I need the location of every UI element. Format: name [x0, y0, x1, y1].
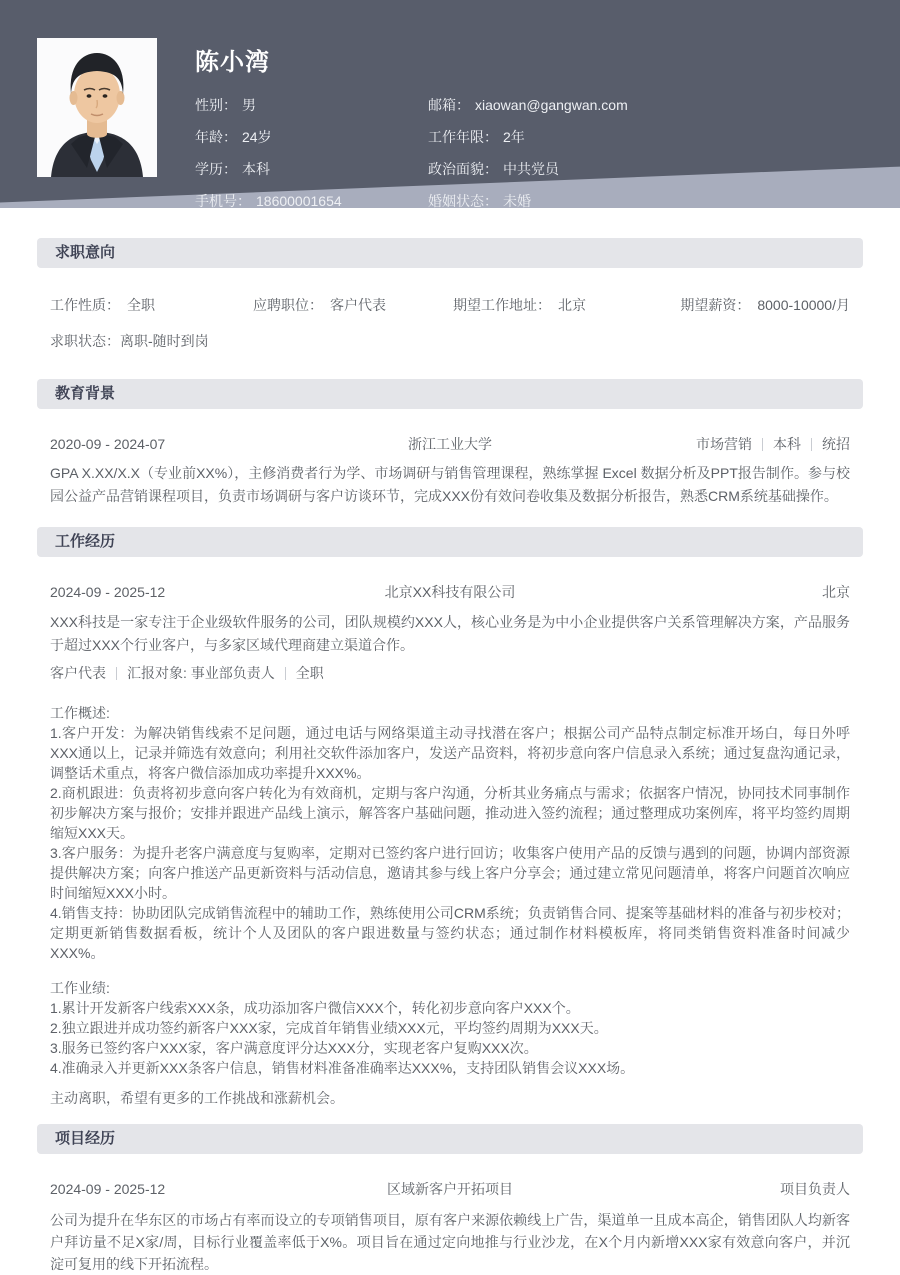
divider [116, 667, 117, 680]
field-value: 全职 [127, 297, 155, 313]
work-achievements-heading: 工作业绩: [50, 978, 850, 998]
resume-body: 求职意向 工作性质：全职 应聘职位：客户代表 期望工作地址：北京 期望薪资：80… [0, 238, 900, 1275]
resume-header: 陈小湾 性别：男 年龄：24岁 学历：本科 手机号：18600001654 邮箱… [0, 0, 900, 208]
candidate-name: 陈小湾 [195, 42, 860, 77]
intent-job-type: 工作性质：全职 [50, 295, 253, 315]
project-entry-header: 2024-09 - 2025-12 区域新客户开拓项目 项目负责人 [50, 1179, 850, 1199]
intent-position: 应聘职位：客户代表 [253, 295, 453, 315]
field-label: 应聘职位： [253, 297, 323, 313]
field-value: 离职-随时到岗 [120, 333, 209, 349]
section-project-experience: 项目经历 2024-09 - 2025-12 区域新客户开拓项目 项目负责人 公… [37, 1124, 863, 1275]
field-value: 男 [242, 97, 256, 113]
work-achievement-item: 3.服务已签约客户XXX家，客户满意度评分达XXX分，实现老客户复购XXX次。 [50, 1038, 850, 1058]
work-overview-item: 1.客户开发：为解决销售线索不足问题，通过电话与网络渠道主动寻找潜在客户；根据公… [50, 723, 850, 783]
education-period: 2020-09 - 2024-07 [50, 436, 270, 452]
field-label: 工作年限： [428, 129, 498, 145]
field-political-status: 政治面貌：中共党员 [428, 159, 628, 179]
field-value: 客户代表 [330, 297, 386, 313]
project-name: 区域新客户开拓项目 [270, 1179, 630, 1199]
education-major: 市场营销 [696, 434, 752, 454]
leaving-reason: 主动离职，希望有更多的工作挑战和涨薪机会。 [50, 1088, 850, 1108]
work-achievement-item: 1.累计开发新客户线索XXX条，成功添加客户微信XXX个，转化初步意向客户XXX… [50, 998, 850, 1018]
field-label: 求职状态： [50, 333, 120, 349]
field-value: 北京 [558, 297, 586, 313]
field-label: 邮箱： [428, 97, 470, 113]
project-role: 项目负责人 [630, 1179, 850, 1199]
education-enrollment-type: 统招 [822, 434, 850, 454]
field-value: 中共党员 [503, 161, 559, 177]
field-phone: 手机号：18600001654 [195, 191, 428, 211]
section-title-job-intent: 求职意向 [37, 238, 863, 268]
divider [762, 438, 763, 451]
work-period: 2024-09 - 2025-12 [50, 584, 270, 600]
header-info-right-column: 邮箱：xiaowan@gangwan.com 工作年限：2年 政治面貌：中共党员… [428, 95, 628, 211]
work-achievement-item: 2.独立跟进并成功签约新客户XXX家，完成首年销售业绩XXX元，平均签约周期为X… [50, 1018, 850, 1038]
section-title-project: 项目经历 [37, 1124, 863, 1154]
field-label: 手机号： [195, 193, 251, 209]
field-label: 工作性质： [50, 297, 120, 313]
field-label: 婚姻状态： [428, 193, 498, 209]
portrait-illustration [37, 38, 157, 177]
work-entry-header: 2024-09 - 2025-12 北京XX科技有限公司 北京 [50, 582, 850, 602]
education-degree: 本科 [773, 434, 801, 454]
field-value: xiaowan@gangwan.com [475, 97, 628, 113]
header-info-left-column: 性别：男 年龄：24岁 学历：本科 手机号：18600001654 [195, 95, 428, 211]
field-degree: 学历：本科 [195, 159, 428, 179]
work-meta-row: 客户代表汇报对象: 事业部负责人全职 [50, 663, 850, 683]
field-marital-status: 婚姻状态：未婚 [428, 191, 628, 211]
field-gender: 性别：男 [195, 95, 428, 115]
field-value: 24岁 [242, 129, 272, 145]
work-achievement-item: 4.准确录入并更新XXX条客户信息，销售材料准备准确率达XXX%，支持团队销售会… [50, 1058, 850, 1078]
section-title-work: 工作经历 [37, 527, 863, 557]
work-overview-item: 2.商机跟进：负责将初步意向客户转化为有效商机，定期与客户沟通，分析其业务痛点与… [50, 783, 850, 843]
field-label: 政治面貌： [428, 161, 498, 177]
field-age: 年龄：24岁 [195, 127, 428, 147]
work-overview-heading: 工作概述: [50, 703, 850, 723]
work-job-title: 客户代表 [50, 663, 106, 683]
field-value: 2年 [503, 129, 525, 145]
divider [811, 438, 812, 451]
section-job-intent: 求职意向 工作性质：全职 应聘职位：客户代表 期望工作地址：北京 期望薪资：80… [37, 238, 863, 351]
intent-location: 期望工作地址：北京 [453, 295, 680, 315]
intent-salary: 期望薪资：8000-10000/月 [680, 295, 850, 315]
resume-page: 陈小湾 性别：男 年龄：24岁 学历：本科 手机号：18600001654 邮箱… [0, 0, 900, 1275]
job-intent-row-1: 工作性质：全职 应聘职位：客户代表 期望工作地址：北京 期望薪资：8000-10… [50, 295, 850, 315]
education-entry-header: 2020-09 - 2024-07 浙江工业大学 市场营销本科统招 [50, 434, 850, 454]
education-school: 浙江工业大学 [270, 434, 630, 454]
work-achievements-block: 工作业绩: 1.累计开发新客户线索XXX条，成功添加客户微信XXX个，转化初步意… [50, 978, 850, 1078]
field-label: 性别： [195, 97, 237, 113]
field-value: 18600001654 [256, 193, 342, 209]
profile-photo [37, 38, 157, 177]
field-work-years: 工作年限：2年 [428, 127, 628, 147]
job-intent-row-2: 求职状态：离职-随时到岗 [50, 331, 850, 351]
company-intro: XXX科技是一家专注于企业级软件服务的公司，团队规模约XXX人，核心业务是为中小… [50, 611, 850, 657]
header-info-grid: 性别：男 年龄：24岁 学历：本科 手机号：18600001654 邮箱：xia… [195, 95, 860, 211]
work-overview-item: 4.销售支持：协助团队完成销售流程中的辅助工作，熟练使用公司CRM系统；负责销售… [50, 903, 850, 963]
work-location: 北京 [630, 582, 850, 602]
work-overview-item: 3.客户服务：为提升老客户满意度与复购率，定期对已签约客户进行回访；收集客户使用… [50, 843, 850, 903]
work-overview-block: 工作概述: 1.客户开发：为解决销售线索不足问题，通过电话与网络渠道主动寻找潜在… [50, 703, 850, 963]
field-email: 邮箱：xiaowan@gangwan.com [428, 95, 628, 115]
field-value: 8000-10000/月 [757, 297, 850, 313]
header-info: 陈小湾 性别：男 年龄：24岁 学历：本科 手机号：18600001654 邮箱… [195, 42, 860, 211]
education-meta: 市场营销本科统招 [630, 434, 850, 454]
section-education: 教育背景 2020-09 - 2024-07 浙江工业大学 市场营销本科统招 G… [37, 379, 863, 508]
work-employment-type: 全职 [296, 663, 324, 683]
work-company: 北京XX科技有限公司 [270, 582, 630, 602]
field-value: 未婚 [503, 193, 531, 209]
project-description: 公司为提升在华东区的市场占有率而设立的专项销售项目，原有客户来源依赖线上广告，渠… [50, 1209, 850, 1275]
section-work-experience: 工作经历 2024-09 - 2025-12 北京XX科技有限公司 北京 XXX… [37, 527, 863, 1108]
field-label: 学历： [195, 161, 237, 177]
field-label: 年龄： [195, 129, 237, 145]
project-period: 2024-09 - 2025-12 [50, 1181, 270, 1197]
field-label: 期望工作地址： [453, 297, 551, 313]
field-label: 期望薪资： [680, 297, 750, 313]
field-value: 本科 [242, 161, 270, 177]
education-description: GPA X.XX/X.X（专业前XX%），主修消费者行为学、市场调研与销售管理课… [50, 462, 850, 508]
section-title-education: 教育背景 [37, 379, 863, 409]
work-report-to: 汇报对象: 事业部负责人 [127, 663, 275, 683]
divider [285, 667, 286, 680]
